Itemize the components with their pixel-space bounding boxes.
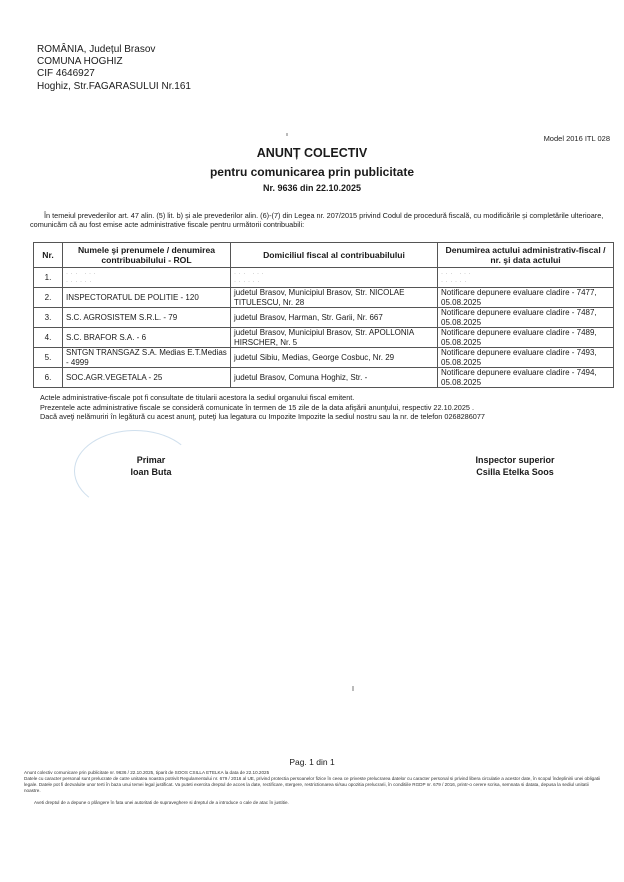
row-contributor-name: S.C. BRAFOR S.A. - 6 — [63, 328, 231, 348]
row-administrative-act: Notificare depunere evaluare cladire - 7… — [438, 288, 614, 308]
form-model-code: Model 2016 ITL 028 — [544, 134, 610, 143]
note-contact: Dacă aveţi nelămuriri în legătură cu ace… — [40, 412, 620, 422]
signature-inspector: Inspector superior Csilla Etelka Soos — [440, 455, 590, 478]
col-header-nr: Nr. — [34, 243, 63, 268]
row-administrative-act: Notificare depunere evaluare cladire - 7… — [438, 348, 614, 368]
table-row: 6.SOC.AGR.VEGETALA - 25judetul Brasov, C… — [34, 368, 614, 388]
row-contributor-name: S.C. AGROSISTEM S.R.L. - 79 — [63, 308, 231, 328]
row-nr: 4. — [34, 328, 63, 348]
row-nr: 2. — [34, 288, 63, 308]
table-row: 4.S.C. BRAFOR S.A. - 6judetul Brasov, Mu… — [34, 328, 614, 348]
redacted-text: · · · · · ·· · · · · · — [234, 270, 434, 286]
table-header-row: Nr. Numele şi prenumele / denumirea cont… — [34, 243, 614, 268]
row-nr: 6. — [34, 368, 63, 388]
signature-mayor: Primar Ioan Buta — [106, 455, 196, 478]
row-nr: 3. — [34, 308, 63, 328]
signature-mayor-role: Primar — [106, 455, 196, 467]
row-administrative-act: Notificare depunere evaluare cladire - 7… — [438, 308, 614, 328]
issuer-commune: COMUNA HOGHIZ — [37, 56, 191, 68]
col-header-name: Numele şi prenumele / denumirea contribu… — [63, 243, 231, 268]
document-number: Nr. 9636 din 22.10.2025 — [0, 183, 624, 193]
document-title: ANUNȚ COLECTIV — [0, 146, 624, 160]
intro-paragraph: În temeiul prevederilor art. 47 alin. (5… — [30, 211, 616, 230]
row-fiscal-address: judetul Brasov, Comuna Hoghiz, Str. - — [231, 368, 438, 388]
footer-gdpr-notice: Datele cu caracter personal sunt prelucr… — [24, 776, 604, 794]
signature-inspector-role: Inspector superior — [440, 455, 590, 467]
row-fiscal-address: · · · · · ·· · · · · · — [231, 268, 438, 288]
scan-speck — [352, 686, 354, 691]
row-nr: 5. — [34, 348, 63, 368]
note-communication-term: Prezentele acte administrative fiscale s… — [40, 403, 620, 413]
note-consultation: Actele administrative-fiscale pot fi con… — [40, 393, 620, 403]
table-row: 3.S.C. AGROSISTEM S.R.L. - 79judetul Bra… — [34, 308, 614, 328]
contributors-table: Nr. Numele şi prenumele / denumirea cont… — [33, 242, 614, 388]
issuer-cif: CIF 4646927 — [37, 68, 191, 80]
row-administrative-act: Notificare depunere evaluare cladire - 7… — [438, 368, 614, 388]
signature-inspector-name: Csilla Etelka Soos — [440, 467, 590, 479]
issuer-address: Hoghiz, Str.FAGARASULUI Nr.161 — [37, 81, 191, 93]
row-fiscal-address: judetul Brasov, Municipiul Brasov, Str. … — [231, 328, 438, 348]
notes-block: Actele administrative-fiscale pot fi con… — [40, 393, 620, 422]
table-row: 5.SNTGN TRANSGAZ S.A. Medias E.T.Medias … — [34, 348, 614, 368]
row-contributor-name: INSPECTORATUL DE POLITIE - 120 — [63, 288, 231, 308]
col-header-address: Domiciliul fiscal al contribuabilului — [231, 243, 438, 268]
row-fiscal-address: judetul Sibiu, Medias, George Cosbuc, Nr… — [231, 348, 438, 368]
row-nr: 1. — [34, 268, 63, 288]
row-administrative-act: Notificare depunere evaluare cladire - 7… — [438, 328, 614, 348]
table-row: 2.INSPECTORATUL DE POLITIE - 120judetul … — [34, 288, 614, 308]
row-contributor-name: SOC.AGR.VEGETALA - 25 — [63, 368, 231, 388]
document-subtitle: pentru comunicarea prin publicitate — [0, 165, 624, 179]
redacted-text: · · · · · ·· · · · · · — [441, 270, 610, 286]
footer-block: Anunt colectiv comunicare prin publicita… — [24, 770, 604, 806]
row-fiscal-address: judetul Brasov, Municipiul Brasov, Str. … — [231, 288, 438, 308]
redacted-text: · · · · · ·· · · · · · — [66, 270, 227, 286]
table-row: 1.· · · · · ·· · · · · ·· · · · · ·· · ·… — [34, 268, 614, 288]
issuer-block: ROMÂNIA, Județul Brasov COMUNA HOGHIZ CI… — [37, 44, 191, 93]
row-administrative-act: · · · · · ·· · · · · · — [438, 268, 614, 288]
signature-mayor-name: Ioan Buta — [106, 467, 196, 479]
page-number: Pag. 1 din 1 — [0, 757, 624, 767]
row-contributor-name: SNTGN TRANSGAZ S.A. Medias E.T.Medias - … — [63, 348, 231, 368]
row-contributor-name: · · · · · ·· · · · · · — [63, 268, 231, 288]
scan-speck — [286, 133, 288, 136]
footer-complaint-notice: Aveti dreptul de a depune o plângere în … — [24, 800, 604, 806]
issuer-country-county: ROMÂNIA, Județul Brasov — [37, 44, 191, 56]
col-header-act: Denumirea actului administrativ-fiscal /… — [438, 243, 614, 268]
row-fiscal-address: judetul Brasov, Harman, Str. Garii, Nr. … — [231, 308, 438, 328]
